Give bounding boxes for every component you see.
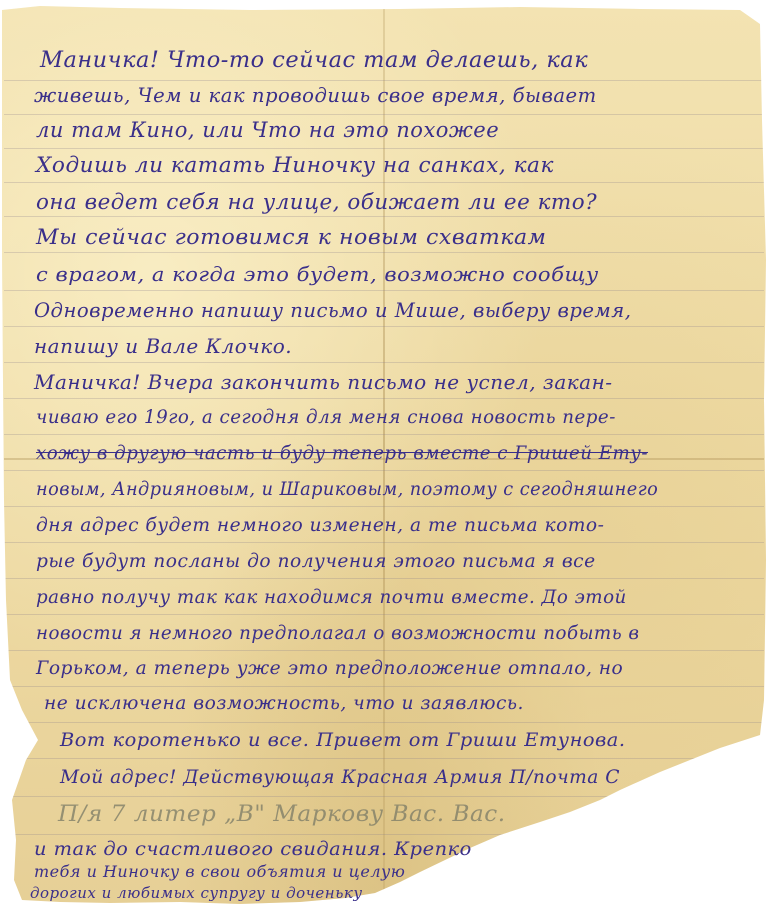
letter-line: Мы сейчас готовимся к новым схваткам	[36, 225, 546, 249]
letter-line: Ходишь ли катать Ниночку на санках, как	[36, 153, 554, 177]
ruled-line	[4, 796, 764, 797]
ruled-line	[4, 182, 764, 183]
letter-line: новым, Андрияновым, и Шариковым, поэтому…	[36, 478, 658, 500]
ruled-line	[4, 216, 764, 217]
ruled-line	[4, 362, 764, 363]
letter-line: равно получу так как находимся почти вме…	[36, 586, 627, 608]
ruled-line	[4, 542, 764, 543]
ruled-line	[4, 252, 764, 253]
ruled-line	[4, 434, 764, 435]
letter-line: с врагом, а когда это будет, возможно со…	[36, 262, 599, 286]
letter-line: ли там Кино, или Что на это похожее	[36, 118, 499, 142]
letter-line: Горьком, а теперь уже это предположение …	[36, 657, 623, 679]
ruled-line	[4, 148, 764, 149]
letter-line: и так до счастливого свидания. Крепко	[34, 838, 472, 860]
letter-line: Маничка! Что-то сейчас там делаешь, как	[40, 48, 588, 73]
letter-line: живешь, Чем и как проводишь свое время, …	[34, 83, 597, 107]
ruled-line	[4, 650, 764, 651]
letter-line: дорогих и любимых супругу и доченьку	[30, 884, 363, 902]
ruled-line	[4, 506, 764, 507]
letter-line: новости я немного предполагал о возможно…	[36, 622, 639, 644]
ruled-line	[4, 326, 764, 327]
ruled-line	[4, 758, 764, 759]
address-line-faint: П/я 7 литер „В" Маркову Вас. Вас.	[58, 802, 506, 827]
ruled-line	[4, 578, 764, 579]
letter-line: Маничка! Вчера закончить письмо не успел…	[34, 370, 613, 394]
letter-line: рые будут посланы до получения этого пис…	[36, 550, 596, 572]
ruled-line	[4, 470, 764, 471]
ruled-line	[4, 398, 764, 399]
ruled-line	[4, 80, 764, 81]
letter-line: тебя и Ниночку в свои объятия и целую	[34, 862, 405, 881]
letter-line: дня адрес будет немного изменен, а те пи…	[36, 514, 604, 536]
letter-line: она ведет себя на улице, обижает ли ее к…	[36, 190, 597, 214]
letter-line-struck: хожу в другую часть и буду теперь вместе…	[36, 442, 648, 464]
letter-line: не исключена возможность, что и заявлюсь…	[44, 692, 524, 714]
ruled-line	[4, 614, 764, 615]
letter-line: чиваю его 19го, а сегодня для меня снова…	[36, 406, 616, 428]
letter-line: Вот коротенько и все. Привет от Гриши Ет…	[60, 729, 626, 751]
ruled-line	[4, 722, 764, 723]
ruled-line	[4, 114, 764, 115]
ruled-line	[4, 834, 764, 835]
address-line: Мой адрес! Действующая Красная Армия П/п…	[60, 766, 620, 788]
ruled-line	[4, 686, 764, 687]
letter-line: напишу и Вале Клочко.	[34, 334, 292, 358]
ruled-line	[4, 290, 764, 291]
letter-line: Одновременно напишу письмо и Мише, выбер…	[34, 298, 631, 322]
